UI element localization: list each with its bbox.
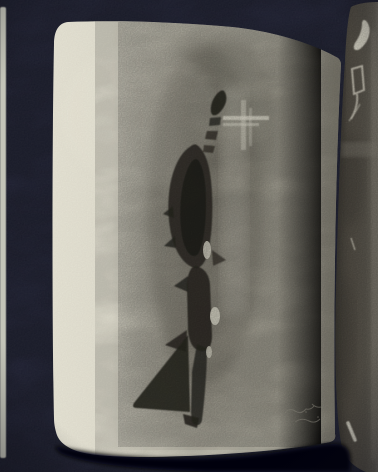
vignette — [0, 0, 378, 472]
photobook-scene — [0, 0, 378, 472]
